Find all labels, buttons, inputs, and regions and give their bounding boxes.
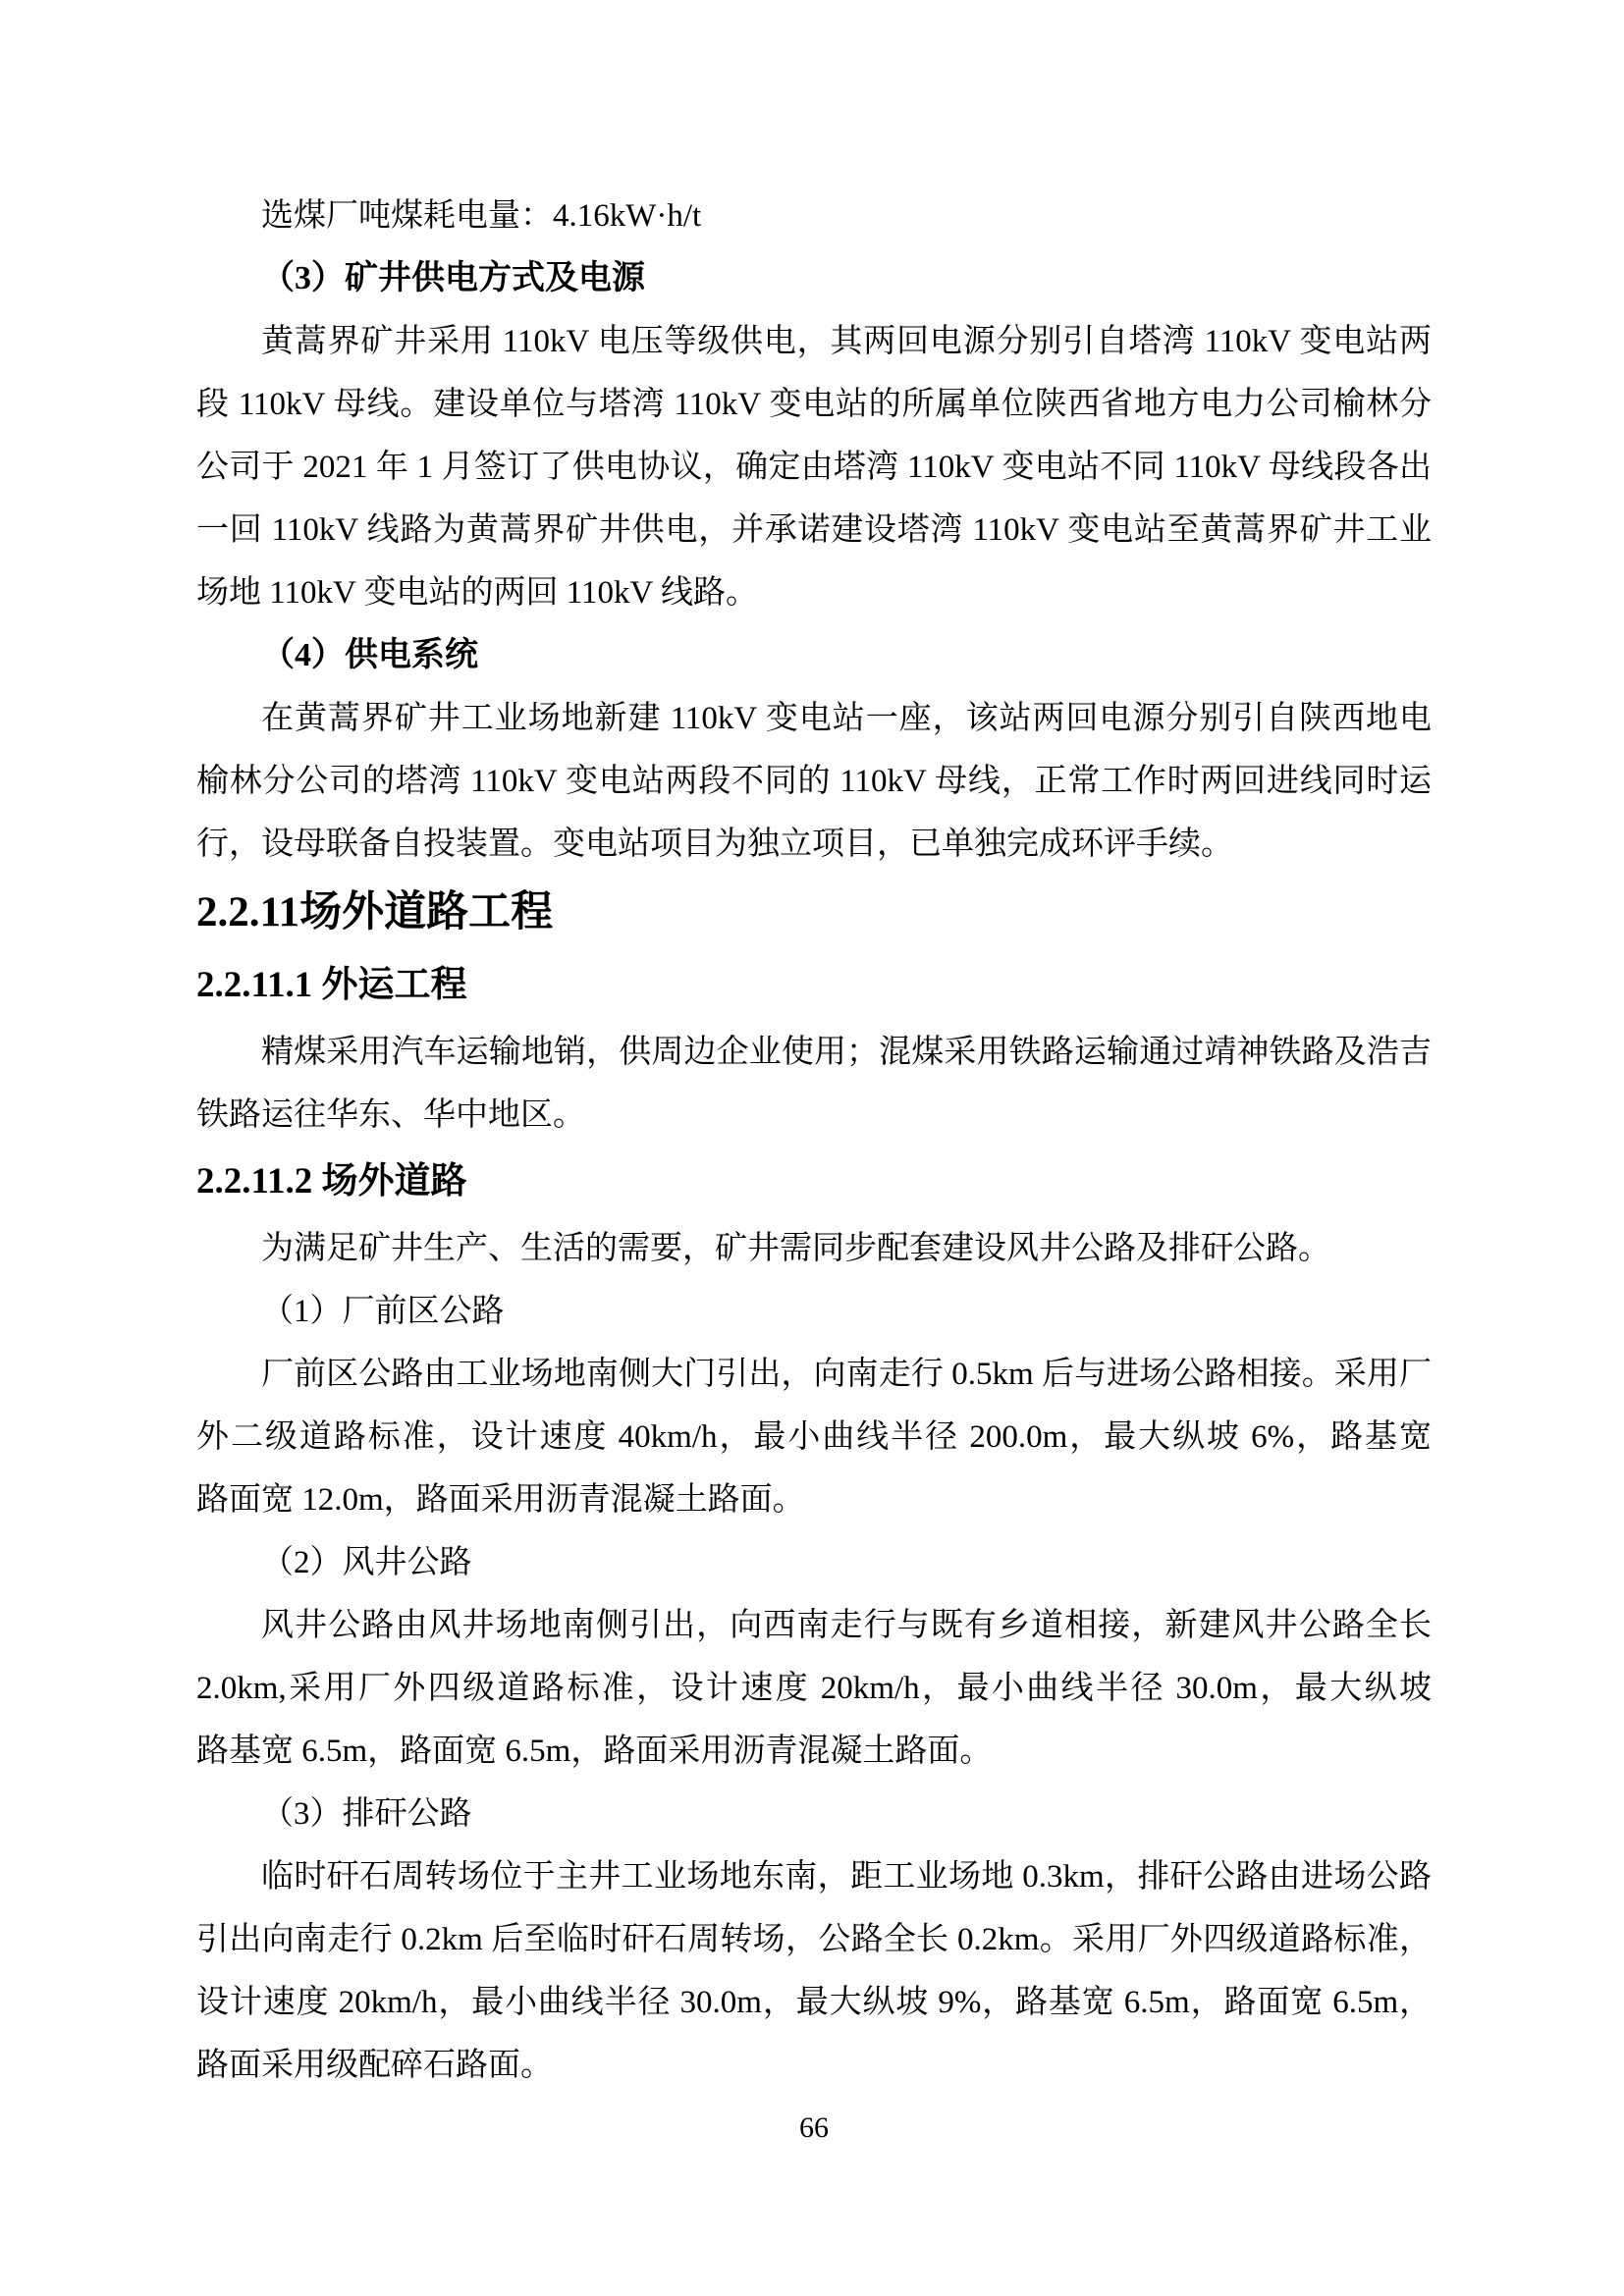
section-heading-2-2-11: 2.2.11场外道路工程 — [196, 876, 1432, 950]
section-heading-2-2-11-1: 2.2.11.1 外运工程 — [196, 950, 1432, 1021]
document-page: 选煤厂吨煤耗电量：4.16kW·h/t（3）矿井供电方式及电源黄蒿界矿井采用 1… — [0, 0, 1624, 2296]
item-3-gangue-road: （3）排矸公路 — [196, 1783, 1432, 1845]
text-line: 榆林分公司的塔湾 110kV 变电站两段不同的 110kV 母线，正常工作时两回… — [196, 750, 1432, 813]
text-line: 在黄蒿界矿井工业场地新建 110kV 变电站一座，该站两回电源分别引自陕西地电 — [196, 687, 1432, 750]
text-line: 黄蒿界矿井采用 110kV 电压等级供电，其两回电源分别引自塔湾 110kV 变… — [196, 310, 1432, 373]
text-line: 临时矸石周转场位于主井工业场地东南，距工业场地 0.3km，排矸公路由进场公路 — [196, 1845, 1432, 1908]
text-line: 一回 110kV 线路为黄蒿界矿井供电，并承诺建设塔湾 110kV 变电站至黄蒿… — [196, 499, 1432, 561]
text-line: 厂前区公路由工业场地南侧大门引出，向南走行 0.5km 后与进场公路相接。采用厂 — [196, 1343, 1432, 1406]
text-line: 路面宽 12.0m，路面采用沥青混凝土路面。 — [196, 1468, 1432, 1531]
text-line: 场地 110kV 变电站的两回 110kV 线路。 — [196, 561, 1432, 624]
text-line: 路面采用级配碎石路面。 — [196, 2034, 1432, 2097]
document-body: 选煤厂吨煤耗电量：4.16kW·h/t（3）矿井供电方式及电源黄蒿界矿井采用 1… — [196, 185, 1432, 2097]
text-line: 为满足矿井生产、生活的需要，矿井需同步配套建设风井公路及排矸公路。 — [196, 1217, 1432, 1280]
section-heading-2-2-11-2: 2.2.11.2 场外道路 — [196, 1147, 1432, 1217]
subheading-3-power-supply-mode: （3）矿井供电方式及电源 — [196, 247, 1432, 310]
text-line: 引出向南走行 0.2km 后至临时矸石周转场，公路全长 0.2km。采用厂外四级… — [196, 1908, 1432, 1971]
page-number: 66 — [196, 2097, 1432, 2160]
subheading-4-power-supply-system: （4）供电系统 — [196, 624, 1432, 687]
text-line: 段 110kV 母线。建设单位与塔湾 110kV 变电站的所属单位陕西省地方电力… — [196, 373, 1432, 436]
item-1-front-area-road: （1）厂前区公路 — [196, 1280, 1432, 1343]
line-coal-power-consumption: 选煤厂吨煤耗电量：4.16kW·h/t — [196, 185, 1432, 247]
text-line: 公司于 2021 年 1 月签订了供电协议，确定由塔湾 110kV 变电站不同 … — [196, 436, 1432, 499]
text-line: 精煤采用汽车运输地销，供周边企业使用；混煤采用铁路运输通过靖神铁路及浩吉 — [196, 1021, 1432, 1084]
text-line: 外二级道路标准，设计速度 40km/h，最小曲线半径 200.0m，最大纵坡 6… — [196, 1406, 1432, 1468]
text-line: 铁路运往华东、华中地区。 — [196, 1084, 1432, 1147]
text-line: 路基宽 6.5m，路面宽 6.5m，路面采用沥青混凝土路面。 — [196, 1720, 1432, 1783]
item-2-air-shaft-road: （2）风井公路 — [196, 1531, 1432, 1594]
text-line: 风井公路由风井场地南侧引出，向西南走行与既有乡道相接，新建风井公路全长 — [196, 1594, 1432, 1657]
text-line: 2.0km,采用厂外四级道路标准，设计速度 20km/h，最小曲线半径 30.0… — [196, 1657, 1432, 1720]
text-line: 设计速度 20km/h，最小曲线半径 30.0m，最大纵坡 9%，路基宽 6.5… — [196, 1971, 1432, 2034]
text-line: 行，设母联备自投装置。变电站项目为独立项目，已单独完成环评手续。 — [196, 813, 1432, 876]
